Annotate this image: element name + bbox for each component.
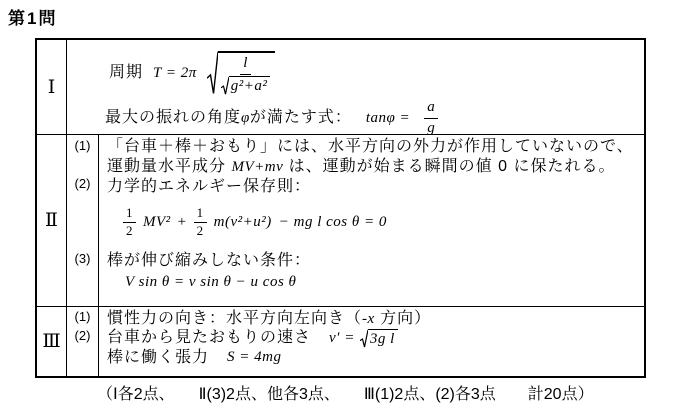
one-half-fraction: 1 2 [123, 206, 136, 238]
sub-label-3: (3) [67, 251, 98, 266]
tan-lhs: tanφ = [366, 110, 410, 127]
row-2-content: 「台車＋棒＋おもり」には、水平方向の外力が作用していないので、 運動量水平成分 … [99, 135, 644, 306]
speed-lhs: v′ = [329, 330, 355, 347]
exam-answer-sheet: 第1問 Ⅰ 周期 T = 2π l [0, 0, 699, 403]
period-label: 周期 [109, 63, 143, 83]
outer-radical: l g²+a² [207, 51, 276, 95]
radical-sign-icon [207, 51, 218, 95]
row-2-label: Ⅱ [37, 135, 67, 306]
table-row-3: Ⅲ (1) (2) 慣性力の向き：水平方向左向き（-x 方向） 台車から見たおも… [37, 307, 644, 376]
equation-term: m(v²+u²) [214, 214, 272, 231]
momentum-expression: MV+mv [231, 159, 283, 175]
equation-rest: − mg l cos θ = 0 [279, 214, 387, 231]
radical-sign-icon [221, 76, 229, 95]
sub-label-2: (2) [67, 176, 98, 191]
row-3-label: Ⅲ [37, 307, 67, 376]
energy-equation: 1 2 MV² + 1 2 m(v²+u²) − mg l cos θ = 0 [123, 204, 640, 240]
radical-sign-icon [360, 329, 368, 348]
energy-conservation-label: 力学的エネルギー保存則： [107, 177, 640, 197]
period-formula-line: 周期 T = 2π l [109, 47, 640, 99]
rigid-rod-equation: V sin θ = v sin θ − u cos θ [125, 274, 640, 291]
row-2-subnumbers: (1) (2) (3) [67, 135, 99, 306]
fraction-numerator: a [424, 99, 438, 118]
fraction-denominator: g [427, 119, 435, 137]
tension-equation: S = 4mg [227, 349, 281, 366]
rod-tension-line: 棒に働く張力 S = 4mg [107, 348, 640, 368]
sub-label-1: (1) [67, 138, 98, 153]
row-3-subnumbers: (1) (2) [67, 307, 99, 376]
momentum-text-line-2: 運動量水平成分 MV+mv は、運動が始まる瞬間の値 0 に保たれる。 [107, 157, 640, 177]
answer-table: Ⅰ 周期 T = 2π l [35, 38, 646, 378]
fraction-numerator: 1 [123, 206, 136, 222]
minus-x-direction: -x [362, 311, 375, 327]
outer-radical-body: l g²+a² [218, 51, 276, 95]
period-lhs: T = 2π [153, 65, 197, 82]
angle-text-suffix: が満たす式： [250, 108, 352, 128]
fraction-denominator: 2 [197, 223, 204, 238]
row-1-label: Ⅰ [37, 40, 67, 134]
rod-tension-label: 棒に働く張力 [107, 348, 209, 368]
page-title: 第1問 [8, 4, 57, 29]
period-fraction: l g²+a² [221, 55, 271, 95]
fraction-numerator: l [240, 55, 251, 74]
phi-symbol: φ [241, 110, 250, 127]
text-segment: 慣性力の向き：水平方向左向き（ [107, 310, 362, 327]
inner-radical-body: g²+a² [229, 76, 271, 95]
fraction-denominator: g²+a² [221, 75, 271, 95]
relative-speed-line: 台車から見たおもりの速さ v′ = 3g l [107, 329, 640, 349]
inner-radical: g²+a² [221, 76, 271, 95]
tan-fraction: a g [424, 99, 438, 137]
equation-term: MV² [143, 214, 171, 231]
inertia-direction-line: 慣性力の向き：水平方向左向き（-x 方向） [107, 309, 640, 329]
speed-radical: 3g l [360, 329, 398, 348]
text-segment: 方向） [375, 310, 431, 327]
fraction-denominator: 2 [126, 223, 133, 238]
fraction-numerator: 1 [194, 206, 207, 222]
row-3-content: 慣性力の向き：水平方向左向き（-x 方向） 台車から見たおもりの速さ v′ = … [99, 307, 644, 376]
sub-label-1: (1) [67, 309, 98, 324]
relative-speed-label: 台車から見たおもりの速さ [107, 328, 311, 348]
table-row-2: Ⅱ (1) (2) (3) 「台車＋棒＋おもり」には、水平方向の外力が作用してい… [37, 135, 644, 307]
plus-operator: + [178, 214, 187, 231]
one-half-fraction: 1 2 [194, 206, 207, 238]
sub-label-2: (2) [67, 328, 98, 343]
row-1-content: 周期 T = 2π l [67, 40, 644, 134]
momentum-text-line-1: 「台車＋棒＋おもり」には、水平方向の外力が作用していないので、 [107, 137, 640, 157]
max-angle-line: 最大の振れの角度φが満たす式： tanφ = a g [105, 101, 640, 135]
speed-radical-body: 3g l [368, 329, 398, 348]
table-row-1: Ⅰ 周期 T = 2π l [37, 40, 644, 135]
text-segment: は、運動が始まる瞬間の値 0 に保たれる。 [283, 158, 615, 175]
scoring-note: （Ⅰ各2点、 Ⅱ(3)2点、他各3点、 Ⅲ(1)2点、(2)各3点 計20点） [97, 381, 594, 403]
angle-text-prefix: 最大の振れの角度 [105, 108, 241, 128]
text-segment: 運動量水平成分 [107, 158, 231, 175]
rigid-rod-condition-label: 棒が伸び縮みしない条件： [107, 251, 640, 271]
